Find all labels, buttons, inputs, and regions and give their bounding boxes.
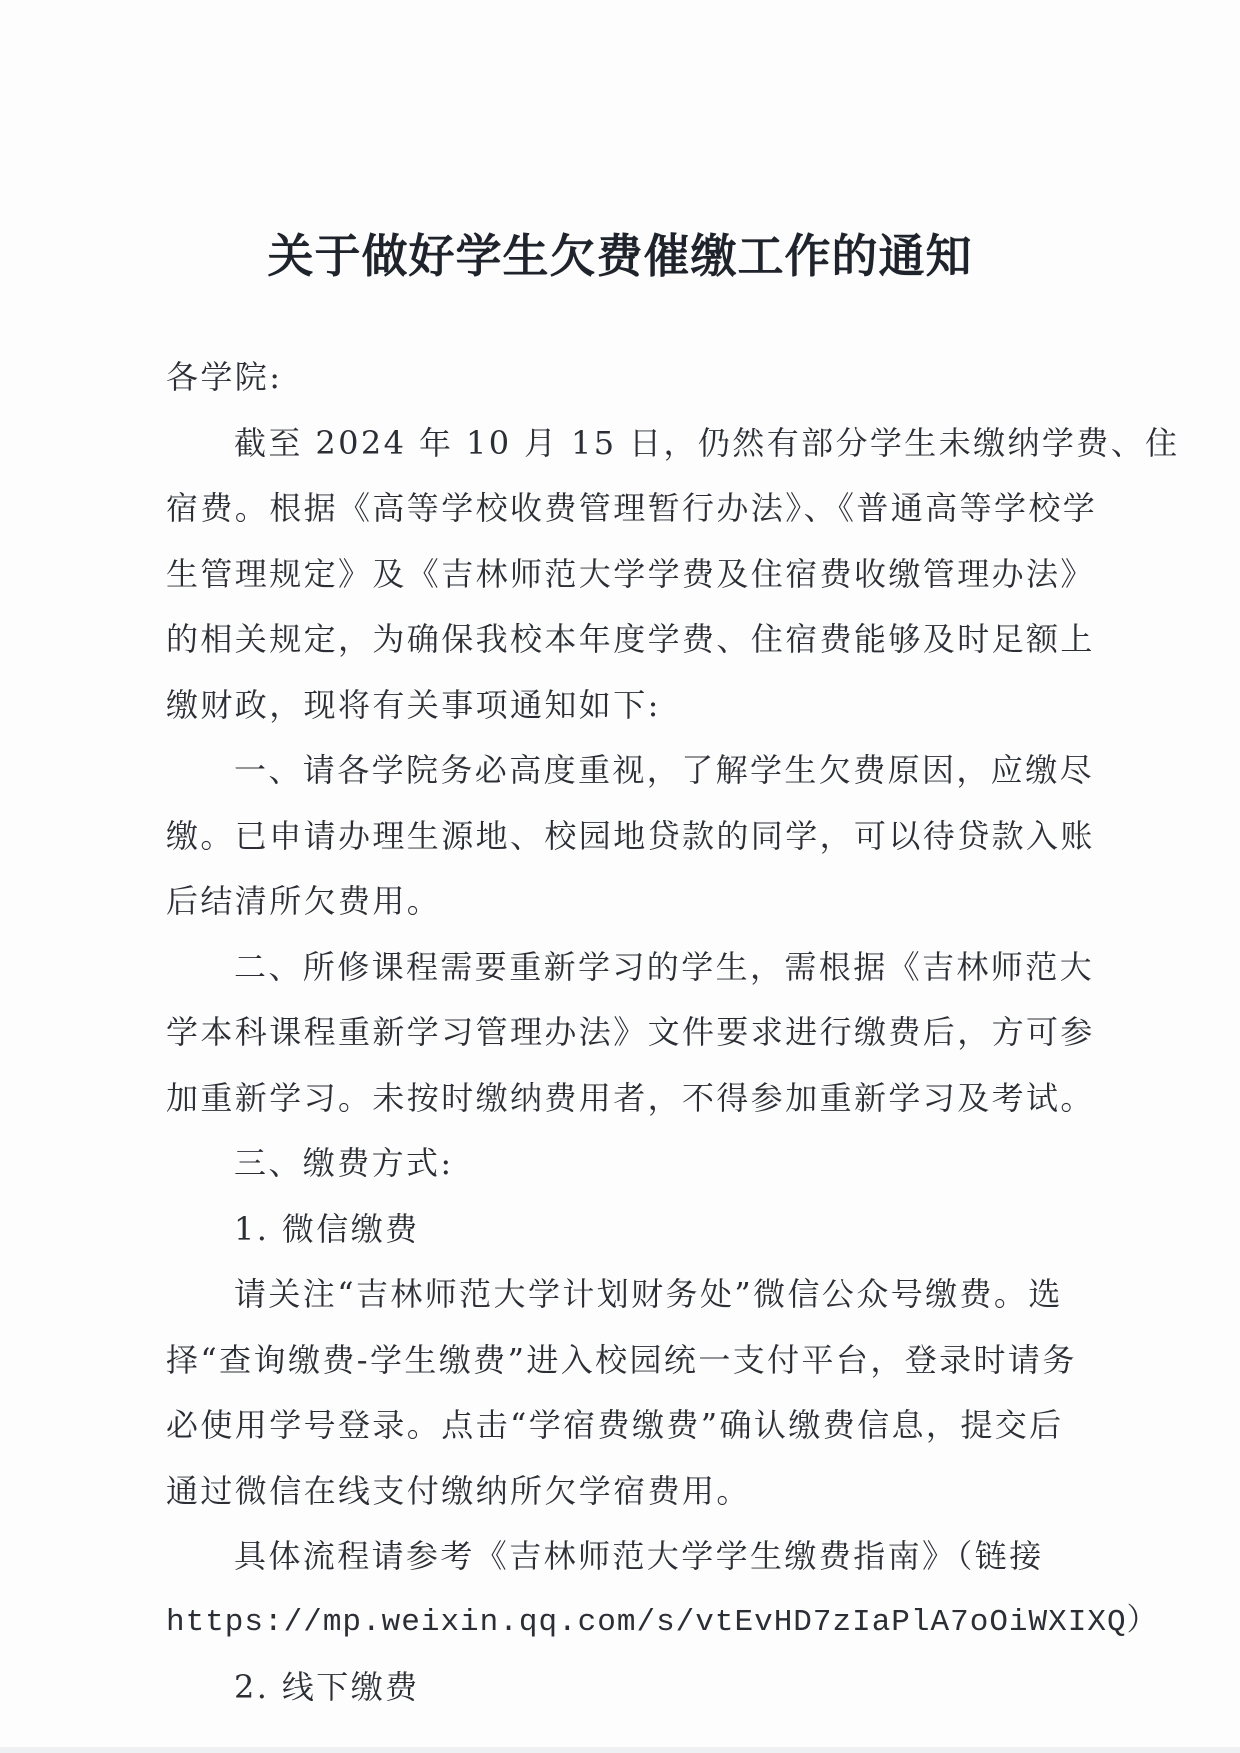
- document-page: 关于做好学生欠费催缴工作的通知 各学院: 截至 2024 年 10 月 15 日…: [0, 0, 1240, 1753]
- paragraph-line: 生管理规定》及《吉林师范大学学费及住宿费收缴管理办法》: [166, 542, 1076, 608]
- section-two-line: 学本科课程重新学习管理办法》文件要求进行缴费后，方可参: [166, 1000, 1076, 1066]
- section-one-line: 一、请各学院务必高度重视，了解学生欠费原因，应缴尽: [166, 738, 1076, 804]
- section-two-line: 加重新学习。未按时缴纳费用者，不得参加重新学习及考试。: [166, 1066, 1076, 1132]
- document-title: 关于做好学生欠费催缴工作的通知: [0, 220, 1240, 286]
- wechat-payment-line: 必使用学号登录。点击“学宿费缴费”确认缴费信息，提交后: [166, 1393, 1076, 1459]
- wechat-payment-line: 请关注“吉林师范大学计划财务处”微信公众号缴费。选: [166, 1262, 1076, 1328]
- section-three-heading: 三、缴费方式:: [166, 1131, 1076, 1197]
- document-body: 各学院: 截至 2024 年 10 月 15 日，仍然有部分学生未缴纳学费、住 …: [166, 345, 1076, 1721]
- wechat-payment-heading: 1. 微信缴费: [166, 1197, 1076, 1263]
- paragraph-line: 缴财政，现将有关事项通知如下:: [166, 673, 1076, 739]
- section-one-line: 后结清所欠费用。: [166, 869, 1076, 935]
- guide-reference-line: 具体流程请参考《吉林师范大学学生缴费指南》（链接: [166, 1524, 1076, 1590]
- paragraph-line: 的相关规定，为确保我校本年度学费、住宿费能够及时足额上: [166, 607, 1076, 673]
- offline-payment-heading: 2. 线下缴费: [166, 1655, 1076, 1721]
- guide-link[interactable]: https://mp.weixin.qq.com/s/vtEvHD7zIaPlA…: [166, 1590, 1076, 1656]
- section-one-line: 缴。已申请办理生源地、校园地贷款的同学，可以待贷款入账: [166, 804, 1076, 870]
- page-bottom-edge: [0, 1747, 1240, 1753]
- salutation: 各学院:: [166, 345, 1076, 411]
- paragraph-line: 截至 2024 年 10 月 15 日，仍然有部分学生未缴纳学费、住: [166, 411, 1076, 477]
- section-two-line: 二、所修课程需要重新学习的学生，需根据《吉林师范大: [166, 935, 1076, 1001]
- wechat-payment-line: 择“查询缴费-学生缴费”进入校园统一支付平台，登录时请务: [166, 1328, 1076, 1394]
- wechat-payment-line: 通过微信在线支付缴纳所欠学宿费用。: [166, 1459, 1076, 1525]
- paragraph-line: 宿费。根据《高等学校收费管理暂行办法》、《普通高等学校学: [166, 476, 1076, 542]
